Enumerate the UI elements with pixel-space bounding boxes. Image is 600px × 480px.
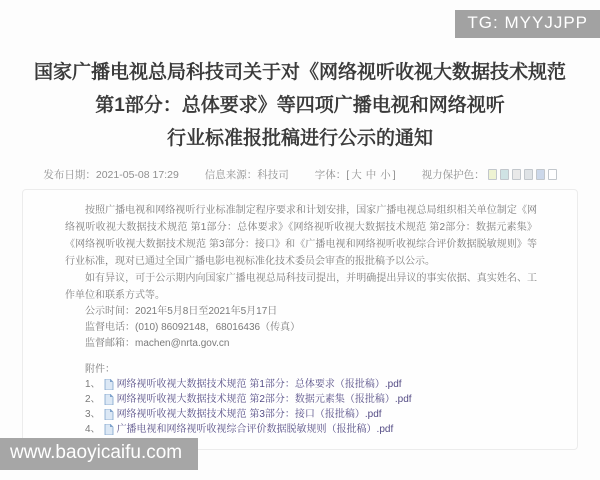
info-source-label: 信息来源： (205, 167, 258, 182)
attachment-link-1[interactable]: 网络视听收视大数据技术规范 第1部分：总体要求（报批稿）.pdf (117, 377, 402, 392)
font-size-label: 字体： (315, 167, 347, 182)
attachment-link-4[interactable]: 广播电视和网络视听收视综合评价数据脱敏规则（报批稿）.pdf (117, 422, 394, 437)
public-time-line: 公示时间：2021年5月8日至2021年5月17日 (65, 304, 537, 320)
supervision-email-line: 监督邮箱：machen@nrta.gov.cn (65, 336, 537, 352)
attachment-number: 2、 (85, 392, 101, 407)
pdf-file-icon (104, 409, 114, 420)
eye-protection-swatch-6[interactable] (548, 169, 557, 180)
body-paragraph-2: 如有异议，可于公示期内向国家广播电视总局科技司提出，并明确提出异议的事实依据、真… (65, 270, 537, 304)
publish-date-label: 发布日期： (43, 167, 96, 182)
page-title-line1: 国家广播电视总局科技司关于对《网络视听收视大数据技术规范 (0, 56, 600, 89)
supervision-phone-line: 监督电话：(010) 86092148，68016436（传真） (65, 320, 537, 336)
eye-protection-colors: 视力保护色： (422, 167, 557, 182)
pdf-file-icon (104, 379, 114, 390)
attachment-link-2[interactable]: 网络视听收视大数据技术规范 第2部分：数据元素集（报批稿）.pdf (117, 392, 412, 407)
watermark-bottom: www.baoyicaifu.com (0, 438, 198, 470)
eye-protection-swatch-group (488, 169, 557, 180)
eye-protection-label: 视力保护色： (422, 167, 485, 182)
font-size-small-button[interactable]: 小 (380, 167, 391, 182)
body-paragraph-1: 按照广播电视和网络视听行业标准制定程序要求和计划安排，国家广播电视总局组织相关单… (65, 202, 537, 270)
publish-date: 发布日期： 2021-05-08 17:29 (43, 167, 178, 182)
page-title-line3: 行业标准报批稿进行公示的通知 (0, 122, 600, 155)
attachment-number: 3、 (85, 407, 101, 422)
eye-protection-swatch-4[interactable] (524, 169, 533, 180)
info-source-value: 科技司 (257, 167, 289, 182)
publish-date-value: 2021-05-08 17:29 (96, 169, 179, 181)
font-bracket-close: ] (393, 169, 396, 181)
attachment-row: 2、 网络视听收视大数据技术规范 第2部分：数据元素集（报批稿）.pdf (65, 392, 537, 407)
attachment-row: 3、 网络视听收视大数据技术规范 第3部分：接口（报批稿）.pdf (65, 407, 537, 422)
attachment-number: 4、 (85, 422, 101, 437)
font-bracket-open: [ (346, 169, 349, 181)
attachment-number: 1、 (85, 377, 101, 392)
font-size-controls: 字体： [ 大 中 小 ] (315, 167, 396, 182)
eye-protection-swatch-1[interactable] (488, 169, 497, 180)
attachment-row: 1、 网络视听收视大数据技术规范 第1部分：总体要求（报批稿）.pdf (65, 377, 537, 392)
meta-row: 发布日期： 2021-05-08 17:29 信息来源： 科技司 字体： [ 大… (0, 167, 600, 182)
pdf-file-icon (104, 424, 114, 435)
font-size-medium-button[interactable]: 中 (366, 167, 377, 182)
pdf-file-icon (104, 394, 114, 405)
attachments-label: 附件： (65, 362, 537, 377)
attachment-row: 4、 广播电视和网络视听收视综合评价数据脱敏规则（报批稿）.pdf (65, 422, 537, 437)
watermark-top: TG: MYYJJPP (455, 10, 600, 38)
notice-body: 按照广播电视和网络视听行业标准制定程序要求和计划安排，国家广播电视总局组织相关单… (22, 189, 578, 450)
font-size-large-button[interactable]: 大 (351, 167, 362, 182)
page-title-line2: 第1部分：总体要求》等四项广播电视和网络视听 (0, 89, 600, 122)
attachment-link-3[interactable]: 网络视听收视大数据技术规范 第3部分：接口（报批稿）.pdf (117, 407, 382, 422)
attachments-section: 附件： 1、 网络视听收视大数据技术规范 第1部分：总体要求（报批稿）.pdf … (65, 362, 537, 437)
eye-protection-swatch-5[interactable] (536, 169, 545, 180)
eye-protection-swatch-3[interactable] (512, 169, 521, 180)
eye-protection-swatch-2[interactable] (500, 169, 509, 180)
info-source: 信息来源： 科技司 (205, 167, 289, 182)
